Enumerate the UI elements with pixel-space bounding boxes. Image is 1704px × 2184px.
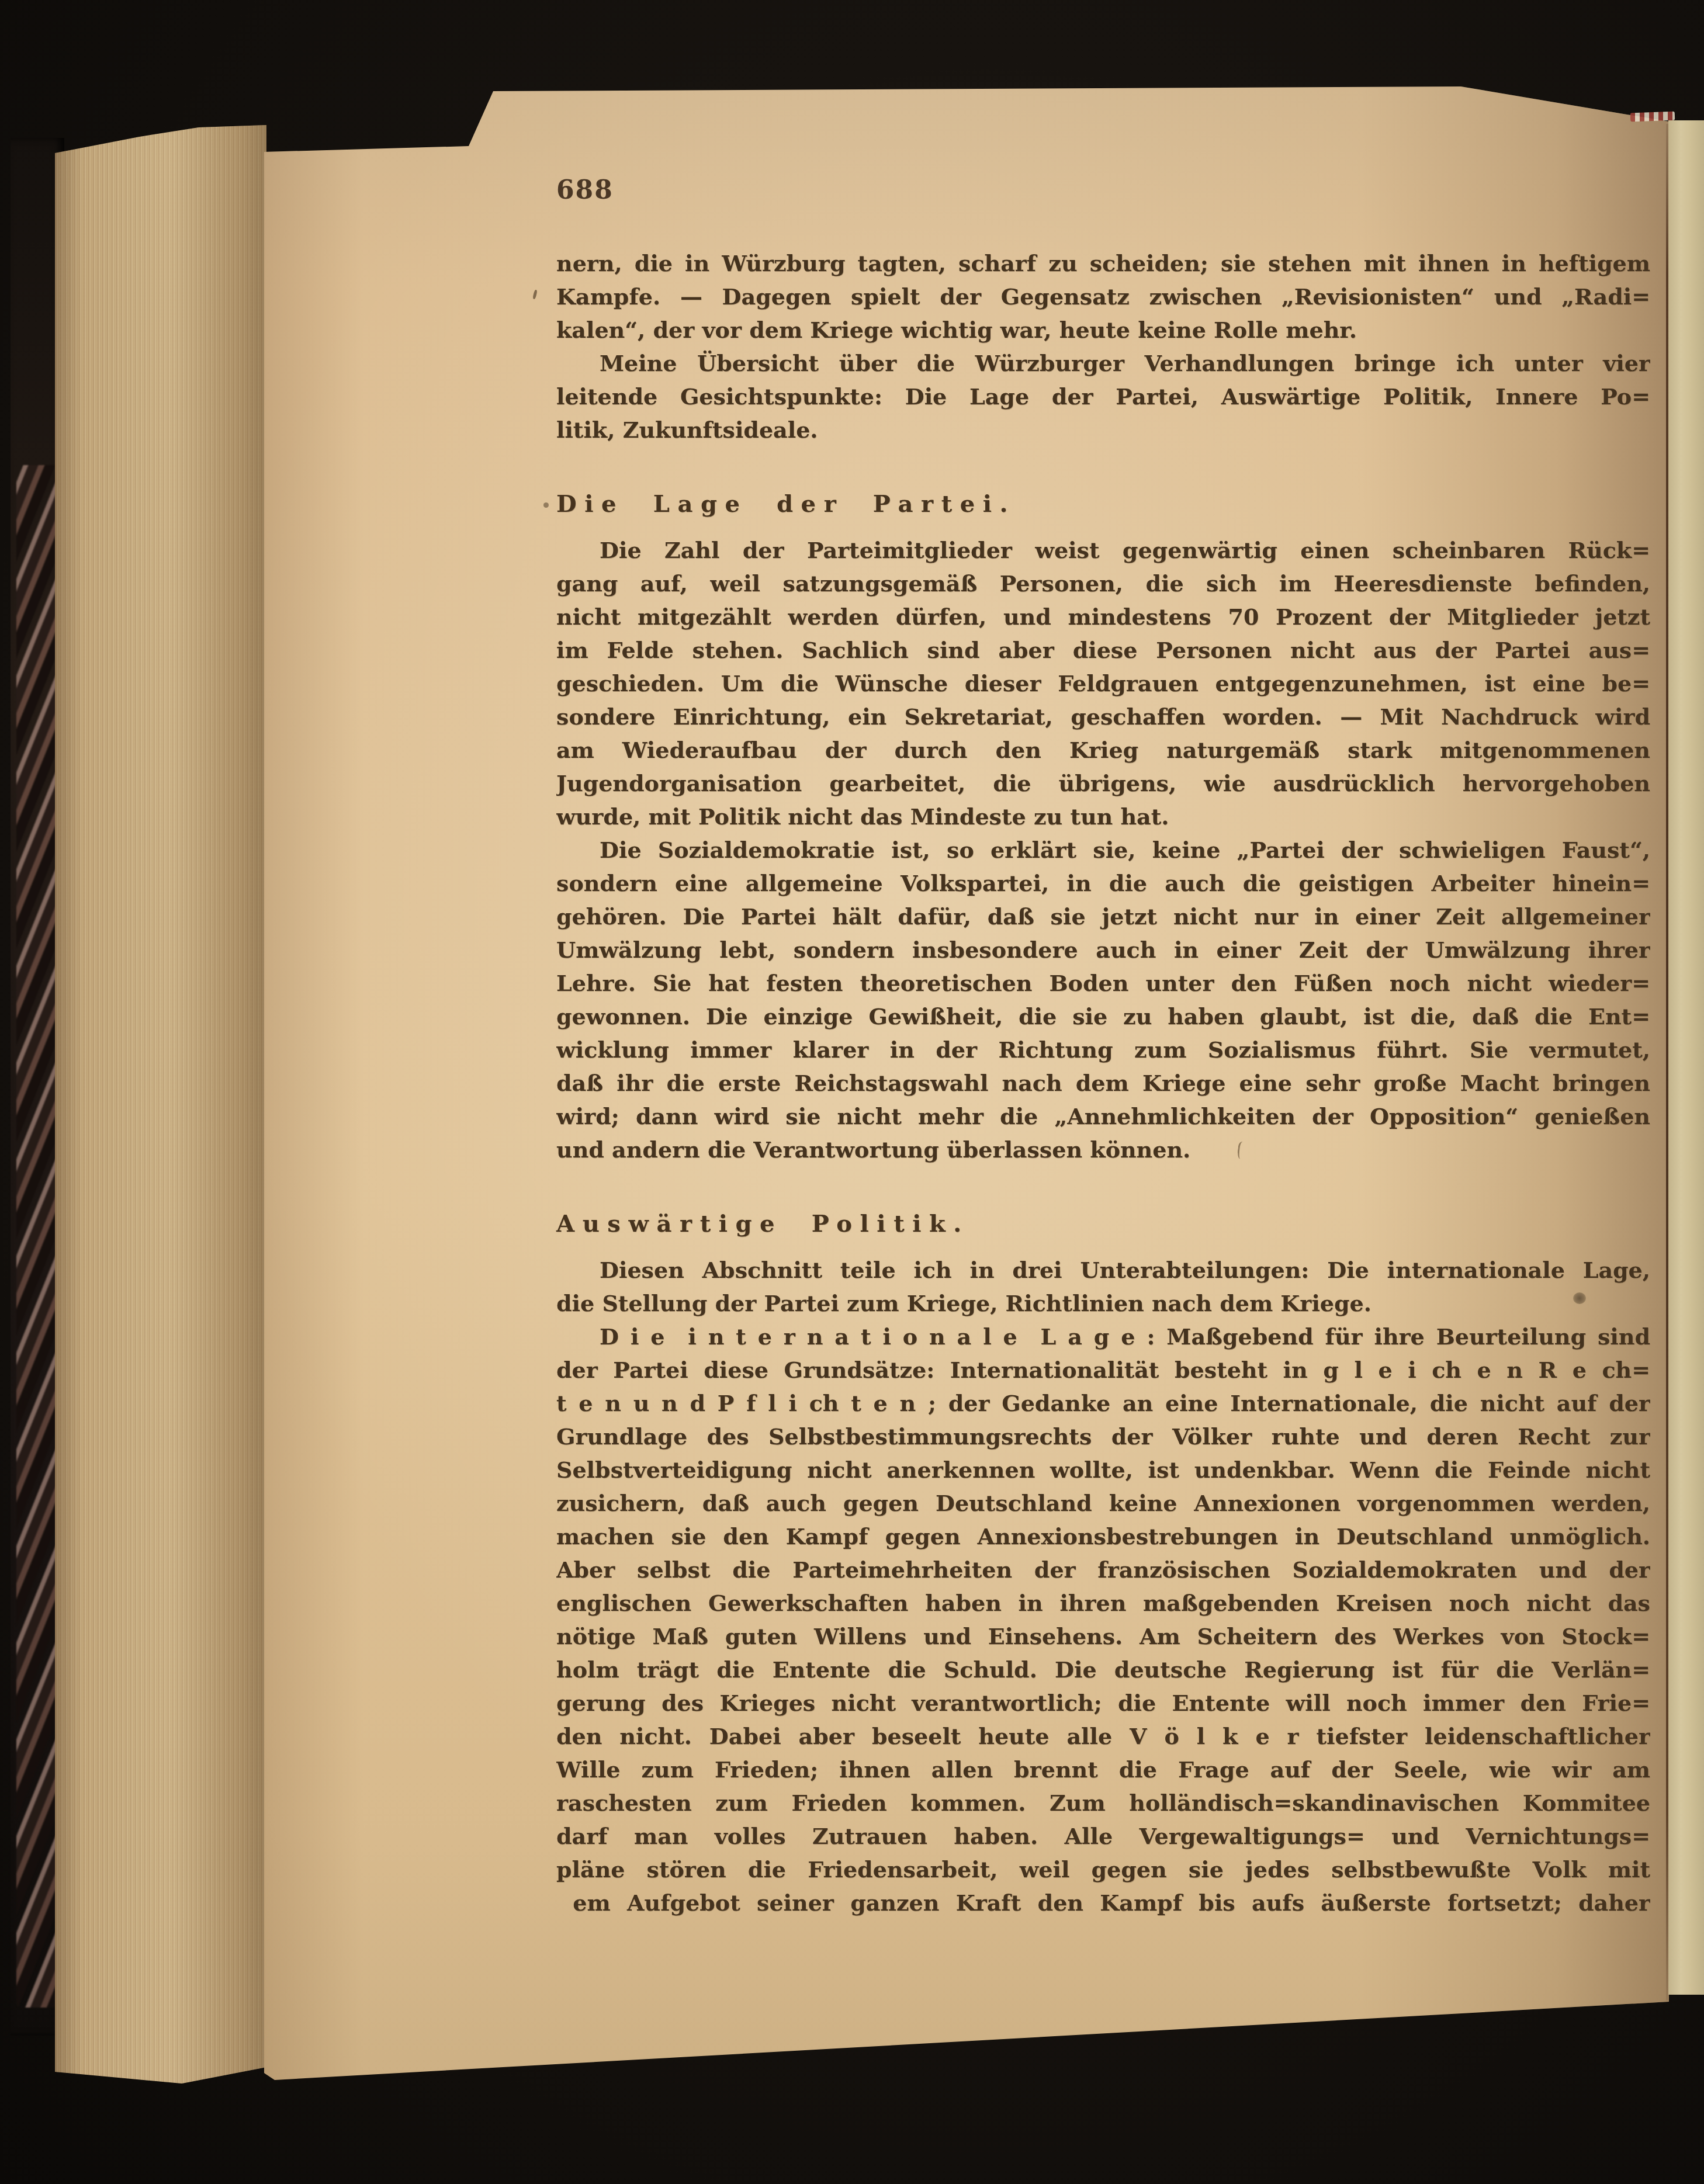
text-line: Selbstverteidigung nicht anerkennen woll…: [556, 1453, 1650, 1486]
text-line: zusichern, daß auch gegen Deutschland ke…: [556, 1486, 1650, 1520]
text-line: holm trägt die Entente die Schuld. Die d…: [556, 1653, 1650, 1686]
page-stack-fore-edge: [55, 125, 266, 2084]
text-line: wicklung immer klarer in der Richtung zu…: [556, 1033, 1650, 1066]
text-line: Jugendorganisation gearbeitet, die übrig…: [556, 767, 1650, 800]
text-line: sondern eine allgemeine Volkspartei, in …: [556, 866, 1650, 900]
paragraph-overview: Meine Übersicht über die Würzburger Verh…: [556, 346, 1650, 446]
text-line: Lehre. Sie hat festen theoretischen Bode…: [556, 966, 1650, 1000]
text-line: der Partei diese Grundsätze: Internation…: [556, 1353, 1650, 1386]
text-line: raschesten zum Frieden kommen. Zum hollä…: [556, 1786, 1650, 1819]
text-line: nötige Maß guten Willens und Einsehens. …: [556, 1620, 1650, 1653]
text-line: im Felde stehen. Sachlich sind aber dies…: [556, 633, 1650, 667]
section-heading-party-situation: Die Lage der Partei.: [556, 487, 1650, 521]
text-line: geschieden. Um die Wünsche dieser Feldgr…: [556, 667, 1650, 700]
text-line: Kampfe. — Dagegen spielt der Gegensatz z…: [556, 280, 1650, 313]
paragraph-continuation: nern, die in Würzburg tagten, scharf zu …: [556, 247, 1650, 346]
text-line: daß ihr die erste Reichstagswahl nach de…: [556, 1066, 1650, 1100]
text-line: Meine Übersicht über die Würzburger Verh…: [556, 346, 1650, 380]
headband: [1630, 112, 1675, 122]
text-line: gang auf, weil satzungsgemäß Personen, d…: [556, 567, 1650, 600]
text-line: Wille zum Frieden; ihnen allen brennt di…: [556, 1753, 1650, 1786]
text-line: gerung des Krieges nicht verantwortlich;…: [556, 1686, 1650, 1720]
text-line: wird; dann wird sie nicht mehr die „Anne…: [556, 1100, 1650, 1133]
text-line: Grundlage des Selbstbestimmungsrechts de…: [556, 1420, 1650, 1453]
text-line: Diesen Abschnitt teile ich in drei Unter…: [556, 1253, 1650, 1287]
text-line: den nicht. Dabei aber beseelt heute alle…: [556, 1720, 1650, 1753]
paragraph-social-democracy: Die Sozialdemokratie ist, so erklärt sie…: [556, 833, 1650, 1166]
text-block: nern, die in Würzburg tagten, scharf zu …: [556, 247, 1650, 1919]
ink-speck: [532, 290, 538, 300]
text-line: Die Sozialdemokratie ist, so erklärt sie…: [556, 833, 1650, 866]
ink-spot: [1573, 1292, 1586, 1304]
text-line: nicht mitgezählt werden dürfen, und mind…: [556, 600, 1650, 633]
paragraph-international-situation: D i e i n t e r n a t i o n a l e L a g …: [556, 1320, 1650, 1919]
text-line: nern, die in Würzburg tagten, scharf zu …: [556, 247, 1650, 280]
book-photo-scene: 688 nern, die in Würzburg tagten, scharf…: [0, 0, 1704, 2184]
text-line: wurde, mit Politik nicht das Mindeste zu…: [556, 800, 1650, 833]
text-line: t e n u n d P f l i ch t e n ; der Gedan…: [556, 1386, 1650, 1420]
text-line: am Wiederaufbau der durch den Krieg natu…: [556, 733, 1650, 767]
paragraph-membership: Die Zahl der Parteimitglieder weist gege…: [556, 533, 1650, 833]
text-line: gewonnen. Die einzige Gewißheit, die sie…: [556, 1000, 1650, 1033]
text-line: Aber selbst die Parteimehrheiten der fra…: [556, 1553, 1650, 1586]
marbled-paper: [16, 465, 58, 2008]
text-line: em Aufgebot seiner ganzen Kraft den Kamp…: [556, 1886, 1650, 1919]
text-line: englischen Gewerkschaften haben in ihren…: [556, 1586, 1650, 1620]
text-line: die Stellung der Partei zum Kriege, Rich…: [556, 1287, 1650, 1320]
ink-speck: [543, 502, 549, 508]
text-line: gehören. Die Partei hält dafür, daß sie …: [556, 900, 1650, 933]
text-line: und andern die Verantwortung überlassen …: [556, 1133, 1650, 1166]
text-line: leitende Gesichtspunkte: Die Lage der Pa…: [556, 380, 1650, 413]
section-heading-foreign-policy: Auswärtige Politik.: [556, 1207, 1650, 1240]
text-line: D i e i n t e r n a t i o n a l e L a g …: [556, 1320, 1650, 1353]
text-line: sondere Einrichtung, ein Sekretariat, ge…: [556, 700, 1650, 733]
book-page: 688 nern, die in Würzburg tagten, scharf…: [264, 86, 1669, 2080]
text-line: Die Zahl der Parteimitglieder weist gege…: [556, 533, 1650, 567]
paragraph-subdivisions: Diesen Abschnitt teile ich in drei Unter…: [556, 1253, 1650, 1320]
text-line: pläne stören die Friedensarbeit, weil ge…: [556, 1853, 1650, 1886]
text-line: kalen“, der vor dem Kriege wichtig war, …: [556, 313, 1650, 346]
text-line: machen sie den Kampf gegen Annexionsbest…: [556, 1520, 1650, 1553]
text-line: litik, Zukunftsideale.: [556, 413, 1650, 446]
text-line: Umwälzung lebt, sondern insbesondere auc…: [556, 933, 1650, 966]
page-number: 688: [556, 175, 614, 205]
text-line: darf man volles Zutrauen haben. Alle Ver…: [556, 1819, 1650, 1853]
adjacent-page-edge: [1668, 120, 1704, 1995]
